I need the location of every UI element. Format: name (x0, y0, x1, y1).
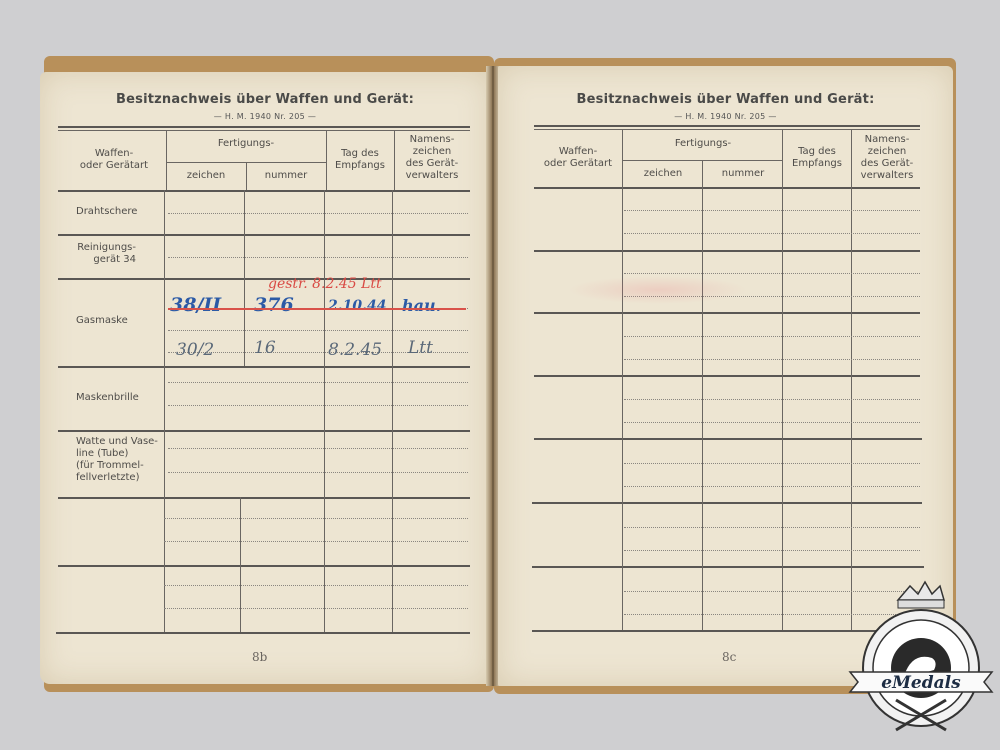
handwritten-date-struck: 2.10.44 (328, 298, 386, 314)
header-zeichen: zeichen (166, 170, 246, 182)
divider (782, 129, 783, 187)
divider (782, 187, 783, 630)
dotted-entry-line (168, 257, 468, 258)
header-rule-thin (58, 130, 470, 131)
dotted-entry-line (164, 585, 468, 586)
page-title: Besitznachweis über Waffen und Gerät: (498, 92, 953, 107)
divider (622, 187, 623, 630)
row-rule (58, 366, 470, 368)
dotted-entry-line (624, 210, 920, 211)
page-title: Besitznachweis über Waffen und Gerät: (40, 92, 490, 107)
handwritten-signature: Ltt (408, 338, 433, 358)
row-rule (58, 234, 470, 236)
dotted-entry-line (624, 336, 920, 337)
dotted-entry-line (624, 527, 920, 528)
row-label-drahtschere: Drahtschere (76, 206, 137, 218)
header-fertigungs: Fertigungs- (623, 138, 783, 150)
row-rule (58, 497, 470, 499)
divider (246, 162, 247, 190)
header-rule (58, 126, 470, 128)
header-zeichen: zeichen (623, 168, 703, 180)
handwritten-signature-struck: hau. (402, 296, 441, 315)
row-label-maskenbrille: Maskenbrille (76, 392, 139, 404)
handwritten-nummer-struck: 376 (254, 294, 294, 316)
divider (622, 129, 623, 187)
page-number: 8b (252, 650, 267, 664)
row-label-reinigungsgeraet: Reinigungs- gerät 34 (76, 242, 136, 266)
left-page: Besitznachweis über Waffen und Gerät: — … (40, 72, 490, 684)
header-namenszeichen: Namens- zeichen des Gerät- verwalters (851, 134, 923, 182)
header-rule (534, 125, 920, 127)
dotted-entry-line (168, 382, 468, 383)
dotted-entry-line (624, 550, 920, 551)
row-label-watte-vaseline: Watte und Vase- line (Tube) (für Trommel… (76, 436, 158, 484)
row-rule (58, 190, 470, 192)
row-rule (58, 278, 470, 280)
divider (702, 160, 703, 187)
dotted-entry-line (624, 359, 920, 360)
row-rule (534, 438, 922, 440)
divider (851, 129, 852, 187)
dotted-entry-line (164, 541, 468, 542)
dotted-entry-line (624, 273, 920, 274)
page-subtitle: — H. M. 1940 Nr. 205 — (40, 112, 490, 121)
handwritten-nummer: 16 (254, 338, 276, 358)
divider (702, 187, 703, 630)
dotted-entry-line (164, 608, 468, 609)
dotted-entry-line (624, 233, 920, 234)
divider (326, 130, 327, 190)
ink-offset-stain (568, 276, 748, 304)
header-tag-des-empfangs: Tag des Empfangs (326, 148, 394, 172)
dotted-entry-line (168, 405, 468, 406)
row-rule (534, 250, 920, 252)
header-geraetart: Waffen- oder Gerätart (64, 148, 164, 172)
divider (244, 190, 245, 366)
row-rule (532, 566, 924, 568)
row-rule (532, 502, 922, 504)
divider (164, 190, 165, 632)
row-label-gasmaske: Gasmaske (76, 315, 128, 327)
red-strikethrough (168, 308, 466, 310)
page-number: 8c (722, 650, 736, 664)
page-subtitle: — H. M. 1940 Nr. 205 — (498, 112, 953, 121)
header-namenszeichen: Namens- zeichen des Gerät- verwalters (394, 134, 470, 182)
row-rule (56, 632, 470, 634)
header-fertigungs: Fertigungs- (166, 138, 326, 150)
header-geraetart: Waffen- oder Gerätart (534, 146, 622, 170)
dotted-entry-line (624, 463, 920, 464)
row-rule (534, 375, 920, 377)
dotted-entry-line (168, 330, 468, 331)
brand-text: eMedals (881, 673, 961, 693)
header-rule-thin (534, 129, 920, 130)
divider (851, 187, 852, 630)
row-rule (58, 430, 470, 432)
handwritten-date: 8.2.45 (328, 340, 382, 360)
header-nummer: nummer (703, 168, 783, 180)
dotted-entry-line (168, 213, 468, 214)
divider (394, 130, 395, 190)
emedals-watermark-logo: eMedals (846, 580, 996, 740)
header-nummer: nummer (246, 170, 326, 182)
dotted-entry-line (624, 399, 920, 400)
row-rule (534, 312, 920, 314)
handwritten-zeichen-struck: 38/II (170, 294, 221, 316)
row-rule (534, 187, 920, 189)
dotted-entry-line (168, 472, 468, 473)
dotted-entry-line (164, 518, 468, 519)
dotted-entry-line (168, 448, 468, 449)
handwritten-zeichen: 30/2 (176, 340, 214, 360)
dotted-entry-line (624, 486, 920, 487)
row-rule (58, 565, 470, 567)
dotted-entry-line (624, 422, 920, 423)
header-tag-des-empfangs: Tag des Empfangs (783, 146, 851, 170)
divider (166, 130, 167, 190)
handwritten-annotation-red: gestr. 8.2.45 Ltt (268, 276, 382, 292)
